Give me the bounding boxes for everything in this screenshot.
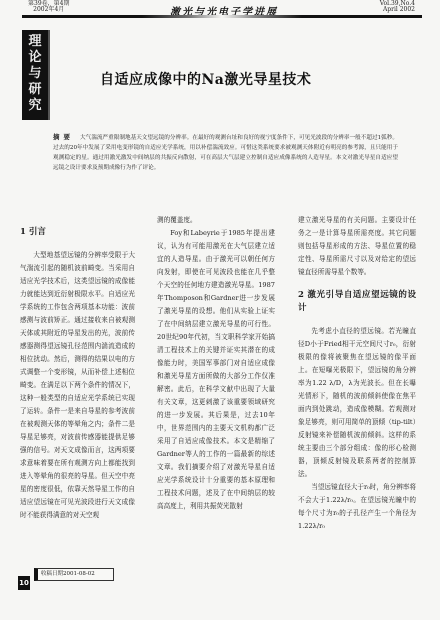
abstract-text: 大气湍流严重限制地基天文望远镜的分辨率。在最好的观测台址和良好的视宁度条件下，可… [53,135,398,171]
column-2: 测的覆盖度。 Foy和Labeyrie于1985年提出建议，认为有可能用激光在大… [157,214,275,513]
section-heading-design: 2 激光引导自适应望远镜的设计 [298,289,416,315]
header-volume-info-en: Vol.39,No.4 April 2002 [380,1,415,13]
page-number: 10 [18,576,30,590]
section-tab: 理 论 与 研 究 [22,30,50,120]
received-date: 收稿日期2001-08-02 [34,568,114,581]
column-1: 1 引言 大型地基望远镜的分辨率受限于大气湍流引起的随机波前畸变。当采用自适应光… [20,222,135,522]
paragraph: 当望远镜直径大于r₀时，角分辨率将不会大于1.22λ/r₀。在望远镜光瞳中的每个… [298,481,416,533]
abstract-label: 摘要 [53,133,74,141]
header-volume-info: 第39卷，第4期 2002年4月 [28,1,69,13]
header-rule [22,15,422,18]
column-3: 建立激光导星的有关问题。主要设计任务之一是计算导星所需亮度。其它问题则包括导星形… [298,214,416,533]
paragraph: 先考虑小直径的望远镜。若光瞳直径D小于Fried相干元空间尺寸r₀，衍射极限的像… [298,325,416,481]
abstract: 摘要大气湍流严重限制地基天文望远镜的分辨率。在最好的观测台址和良好的视宁度条件下… [53,132,398,173]
paragraph: 建立激光导星的有关问题。主要设计任务之一是计算导星所需亮度。其它问题则包括导星形… [298,214,416,279]
paragraph: 测的覆盖度。 [157,214,275,227]
paragraph: 大型地基望远镜的分辨率受限于大气湍流引起的随机波前畸变。当采用自适应光学技术后，… [20,249,135,522]
article-title: 自适应成像中的Na激光导星技术 [100,69,311,89]
paragraph: Foy和Labeyrie于1985年提出建议，认为有可能用激光在大气层建立适宜的… [157,227,275,513]
section-heading-introduction: 1 引言 [20,226,135,239]
